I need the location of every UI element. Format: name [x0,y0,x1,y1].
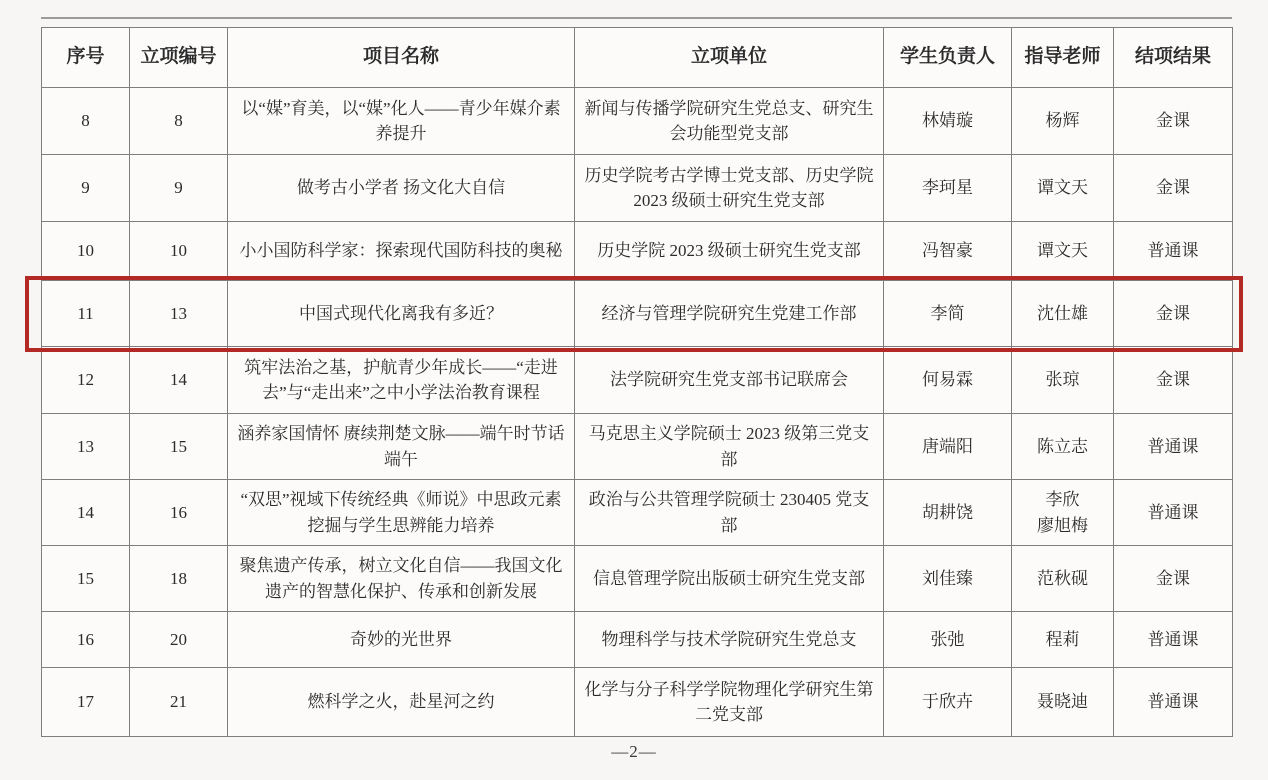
cell-seq: 15 [42,546,130,612]
column-header-code: 立项编号 [130,28,228,88]
cell-name: “双思”视域下传统经典《师说》中思政元素挖掘与学生思辨能力培养 [228,480,575,546]
cell-name: 奇妙的光世界 [228,612,575,668]
cell-unit: 新闻与传播学院研究生党总支、研究生会功能型党支部 [575,88,884,155]
cell-code: 8 [130,88,228,155]
cell-student: 李简 [884,281,1012,347]
cell-seq: 16 [42,612,130,668]
cell-seq: 8 [42,88,130,155]
cell-seq: 17 [42,668,130,737]
column-header-unit: 立项单位 [575,28,884,88]
cell-name: 筑牢法治之基，护航青少年成长——“走进去”与“走出来”之中小学法治教育课程 [228,347,575,414]
table-top-rule [41,17,1232,19]
cell-result: 金课 [1114,155,1233,222]
table-row: 10 10 小小国防科学家：探索现代国防科技的奥秘 历史学院 2023 级硕士研… [42,222,1233,281]
column-header-advisor: 指导老师 [1012,28,1114,88]
cell-unit: 马克思主义学院硕士 2023 级第三党支部 [575,414,884,480]
cell-student: 李珂星 [884,155,1012,222]
cell-advisor: 李欣 廖旭梅 [1012,480,1114,546]
table-row: 11 13 中国式现代化离我有多近？ 经济与管理学院研究生党建工作部 李简 沈仕… [42,281,1233,347]
cell-advisor: 谭文天 [1012,222,1114,281]
table-row: 15 18 聚焦遗产传承，树立文化自信——我国文化遗产的智慧化保护、传承和创新发… [42,546,1233,612]
column-header-name: 项目名称 [228,28,575,88]
cell-student: 冯智豪 [884,222,1012,281]
cell-student: 刘佳臻 [884,546,1012,612]
cell-name: 以“媒”育美，以“媒”化人——青少年媒介素养提升 [228,88,575,155]
cell-student: 林婧璇 [884,88,1012,155]
cell-seq: 14 [42,480,130,546]
cell-advisor: 杨辉 [1012,88,1114,155]
cell-advisor: 陈立志 [1012,414,1114,480]
cell-result: 金课 [1114,281,1233,347]
cell-advisor: 沈仕雄 [1012,281,1114,347]
cell-advisor: 程莉 [1012,612,1114,668]
header-row: 序号 立项编号 项目名称 立项单位 学生负责人 指导老师 结项结果 [42,28,1233,88]
cell-unit: 法学院研究生党支部书记联席会 [575,347,884,414]
cell-student: 胡耕饶 [884,480,1012,546]
cell-student: 唐端阳 [884,414,1012,480]
cell-code: 10 [130,222,228,281]
cell-seq: 13 [42,414,130,480]
table-row: 16 20 奇妙的光世界 物理科学与技术学院研究生党总支 张弛 程莉 普通课 [42,612,1233,668]
cell-result: 普通课 [1114,480,1233,546]
cell-advisor: 范秋砚 [1012,546,1114,612]
table-row: 13 15 涵养家国情怀 赓续荆楚文脉——端午时节话端午 马克思主义学院硕士 2… [42,414,1233,480]
cell-advisor: 谭文天 [1012,155,1114,222]
cell-name: 聚焦遗产传承，树立文化自信——我国文化遗产的智慧化保护、传承和创新发展 [228,546,575,612]
cell-unit: 政治与公共管理学院硕士 230405 党支部 [575,480,884,546]
cell-result: 普通课 [1114,612,1233,668]
cell-seq: 10 [42,222,130,281]
cell-name: 小小国防科学家：探索现代国防科技的奥秘 [228,222,575,281]
table-row: 12 14 筑牢法治之基，护航青少年成长——“走进去”与“走出来”之中小学法治教… [42,347,1233,414]
cell-seq: 11 [42,281,130,347]
cell-code: 21 [130,668,228,737]
cell-unit: 经济与管理学院研究生党建工作部 [575,281,884,347]
cell-name: 中国式现代化离我有多近？ [228,281,575,347]
cell-result: 金课 [1114,546,1233,612]
cell-code: 14 [130,347,228,414]
cell-name: 燃科学之火，赴星河之约 [228,668,575,737]
document-page: 序号 立项编号 项目名称 立项单位 学生负责人 指导老师 结项结果 8 8 以“… [0,0,1268,780]
cell-unit: 历史学院考古学博士党支部、历史学院 2023 级硕士研究生党支部 [575,155,884,222]
cell-code: 20 [130,612,228,668]
cell-seq: 12 [42,347,130,414]
cell-result: 普通课 [1114,668,1233,737]
cell-unit: 历史学院 2023 级硕士研究生党支部 [575,222,884,281]
cell-advisor: 张琼 [1012,347,1114,414]
cell-result: 普通课 [1114,222,1233,281]
projects-table: 序号 立项编号 项目名称 立项单位 学生负责人 指导老师 结项结果 8 8 以“… [41,27,1233,737]
column-header-student: 学生负责人 [884,28,1012,88]
cell-seq: 9 [42,155,130,222]
page-number: —2— [0,742,1268,762]
cell-code: 16 [130,480,228,546]
table-row: 17 21 燃科学之火，赴星河之约 化学与分子科学学院物理化学研究生第二党支部 … [42,668,1233,737]
cell-result: 普通课 [1114,414,1233,480]
cell-unit: 化学与分子科学学院物理化学研究生第二党支部 [575,668,884,737]
cell-advisor: 聂晓迪 [1012,668,1114,737]
cell-name: 涵养家国情怀 赓续荆楚文脉——端午时节话端午 [228,414,575,480]
cell-result: 金课 [1114,88,1233,155]
cell-student: 何易霖 [884,347,1012,414]
cell-code: 18 [130,546,228,612]
cell-code: 15 [130,414,228,480]
cell-student: 于欣卉 [884,668,1012,737]
table-row: 9 9 做考古小学者 扬文化大自信 历史学院考古学博士党支部、历史学院 2023… [42,155,1233,222]
cell-result: 金课 [1114,347,1233,414]
column-header-result: 结项结果 [1114,28,1233,88]
cell-name: 做考古小学者 扬文化大自信 [228,155,575,222]
cell-student: 张弛 [884,612,1012,668]
table-row: 14 16 “双思”视域下传统经典《师说》中思政元素挖掘与学生思辨能力培养 政治… [42,480,1233,546]
cell-code: 9 [130,155,228,222]
table-row: 8 8 以“媒”育美，以“媒”化人——青少年媒介素养提升 新闻与传播学院研究生党… [42,88,1233,155]
cell-code: 13 [130,281,228,347]
cell-unit: 物理科学与技术学院研究生党总支 [575,612,884,668]
cell-unit: 信息管理学院出版硕士研究生党支部 [575,546,884,612]
column-header-seq: 序号 [42,28,130,88]
